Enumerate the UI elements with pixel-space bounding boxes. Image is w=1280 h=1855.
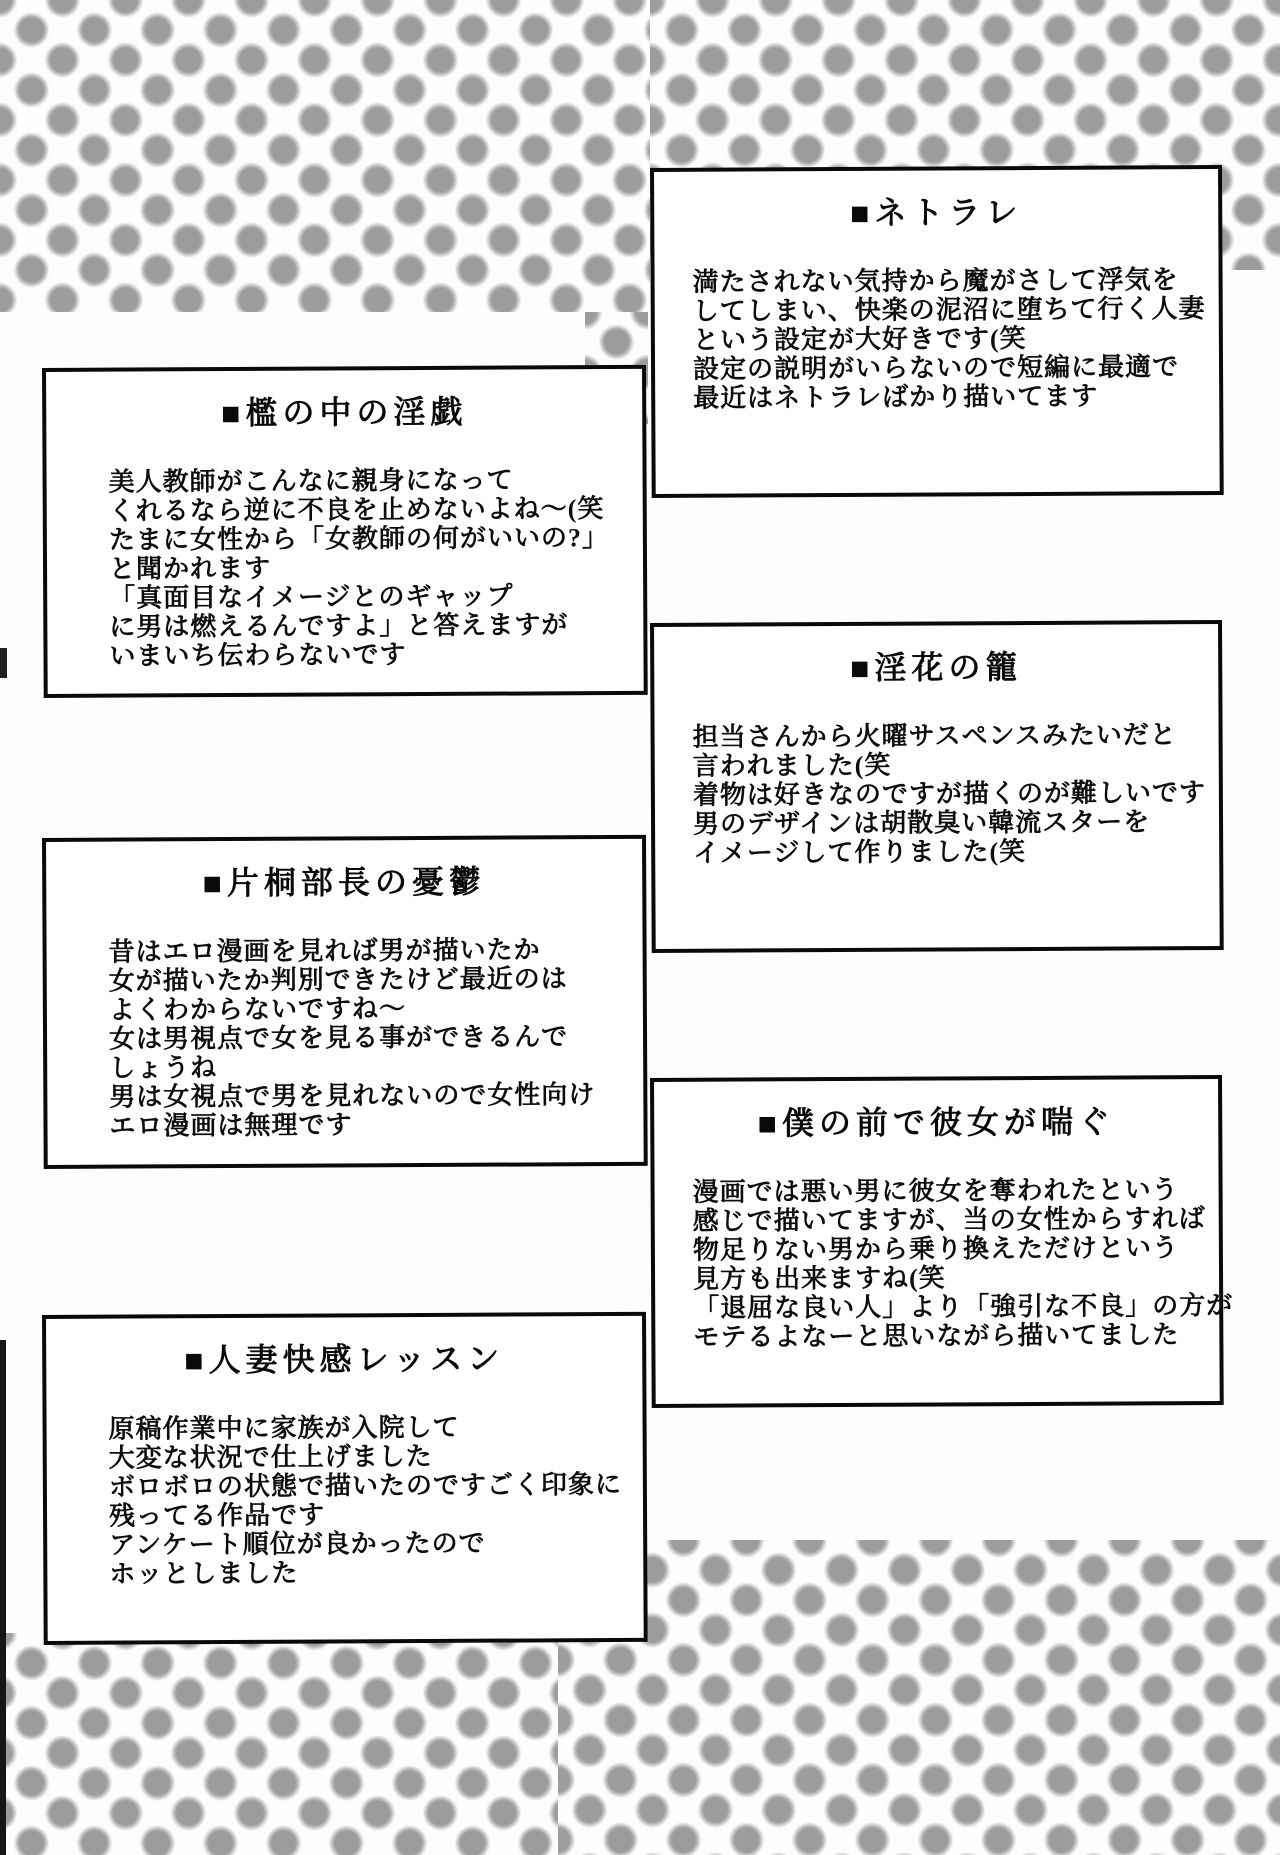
section-body: 美人教師がこんなに親身になって くれるなら逆に不良を止めないよね～(笑 たまに女… <box>47 465 644 671</box>
comment-box-hitozuma-kaikan-lesson: ■人妻快感レッスン 原稿作業中に家族が入院して 大変な状況で仕上げました ボロボ… <box>42 1312 648 1645</box>
section-body: 満たされない気持から魔がさして浮気を してしまい、快楽の泥沼に堕ちて行く人妻 と… <box>655 265 1220 413</box>
comment-line: モテるよなーと思いながら描いてました <box>693 1320 1219 1352</box>
scanned-comment-page: ■ネトラレ 満たされない気持から魔がさして浮気を してしまい、快楽の泥沼に堕ちて… <box>0 0 1280 1855</box>
comment-line: 女は男視点で女を見る事ができるんで <box>109 1022 643 1054</box>
comment-line: 大変な状況で仕上げました <box>109 1441 643 1473</box>
section-title: ■淫花の籠 <box>654 646 1218 689</box>
halftone-dots-bottom-left <box>0 1633 558 1855</box>
comment-line: 設定の説明がいらないので短編に最適で <box>693 352 1219 384</box>
comment-line: 「真面目なイメージとのギャップ <box>109 581 643 613</box>
comment-line: 男は女視点で男を見れないので女性向け <box>109 1080 643 1112</box>
comment-line: に男は燃えるんですよ」と答えますが <box>109 610 643 642</box>
comment-line: 最近はネトラレばかり描いてます <box>693 381 1219 413</box>
comment-line: 女が描いたか判別できたけど最近のは <box>109 964 643 996</box>
comment-line: 満たされない気持から魔がさして浮気を <box>693 265 1219 297</box>
comment-line: たまに女性から「女教師の何がいいの?」 <box>109 523 643 555</box>
scan-edge-mark <box>0 648 7 678</box>
comment-line: という設定が大好きです(笑 <box>693 323 1219 355</box>
section-title: ■檻の中の淫戯 <box>46 391 642 434</box>
comment-line: 物足りない男から乗り換えただけという <box>693 1233 1219 1265</box>
comment-line: 感じで描いてますが、当の女性からすれば <box>693 1204 1219 1236</box>
comment-box-katagiri-buchou: ■片桐部長の憂鬱 昔はエロ漫画を見れば男が描いたか 女が描いたか判別できたけど最… <box>42 835 648 1169</box>
comment-line: 残ってる作品です <box>109 1499 643 1531</box>
section-title: ■僕の前で彼女が喘ぐ <box>654 1101 1218 1144</box>
comment-line: 着物は好きなのですが描くのが難しいです <box>693 778 1219 810</box>
comment-line: 「退屈な良い人」より「強引な不良」の方が <box>693 1291 1219 1323</box>
section-title: ■人妻快感レッスン <box>46 1338 642 1381</box>
comment-line: よくわからないですね～ <box>109 993 643 1025</box>
comment-line: 漫画では悪い男に彼女を奪われたという <box>693 1175 1219 1207</box>
comment-line: イメージして作りました(笑 <box>693 836 1219 868</box>
section-body: 漫画では悪い男に彼女を奪われたという 感じで描いてますが、当の女性からすれば 物… <box>655 1175 1220 1352</box>
scan-edge-line <box>0 1340 6 1855</box>
comment-line: してしまい、快楽の泥沼に堕ちて行く人妻 <box>693 294 1219 326</box>
comment-line: ボロボロの状態で描いたのですごく印象に <box>109 1470 643 1502</box>
comment-line: 美人教師がこんなに親身になって <box>109 465 643 497</box>
halftone-dots-top-left <box>0 0 650 312</box>
section-body: 原稿作業中に家族が入院して 大変な状況で仕上げました ボロボロの状態で描いたので… <box>47 1412 644 1589</box>
comment-line: と聞かれます <box>109 552 643 584</box>
section-title: ■ネトラレ <box>654 191 1218 234</box>
comment-line: 昔はエロ漫画を見れば男が描いたか <box>109 935 643 967</box>
comment-line: いまいち伝わらないです <box>109 639 643 671</box>
comment-line: くれるなら逆に不良を止めないよね～(笑 <box>109 494 643 526</box>
section-body: 昔はエロ漫画を見れば男が描いたか 女が描いたか判別できたけど最近のは よくわから… <box>47 935 644 1141</box>
comment-line: 見方も出来ますね(笑 <box>693 1262 1219 1294</box>
comment-line: しょうね <box>109 1051 643 1083</box>
comment-box-inka-no-kago: ■淫花の籠 担当さんから火曜サスペンスみたいだと 言われました(笑 着物は好きな… <box>650 620 1224 953</box>
comment-line: アンケート順位が良かったので <box>109 1528 643 1560</box>
comment-line: 言われました(笑 <box>693 749 1219 781</box>
comment-line: エロ漫画は無理です <box>109 1109 643 1141</box>
section-title: ■片桐部長の憂鬱 <box>46 861 642 904</box>
comment-line: 担当さんから火曜サスペンスみたいだと <box>693 720 1219 752</box>
comment-line: ホッとしました <box>109 1557 643 1589</box>
comment-line: 男のデザインは胡散臭い韓流スターを <box>693 807 1219 839</box>
comment-box-ori-no-naka-no-ingi: ■檻の中の淫戯 美人教師がこんなに親身になって くれるなら逆に不良を止めないよね… <box>42 365 648 698</box>
comment-box-boku-no-mae-de: ■僕の前で彼女が喘ぐ 漫画では悪い男に彼女を奪われたという 感じで描いてますが、… <box>650 1075 1224 1408</box>
comment-line: 原稿作業中に家族が入院して <box>109 1412 643 1444</box>
halftone-dots-bottom-right <box>558 1540 1280 1855</box>
comment-box-netorare: ■ネトラレ 満たされない気持から魔がさして浮気を してしまい、快楽の泥沼に堕ちて… <box>650 165 1224 498</box>
section-body: 担当さんから火曜サスペンスみたいだと 言われました(笑 着物は好きなのですが描く… <box>655 720 1220 868</box>
